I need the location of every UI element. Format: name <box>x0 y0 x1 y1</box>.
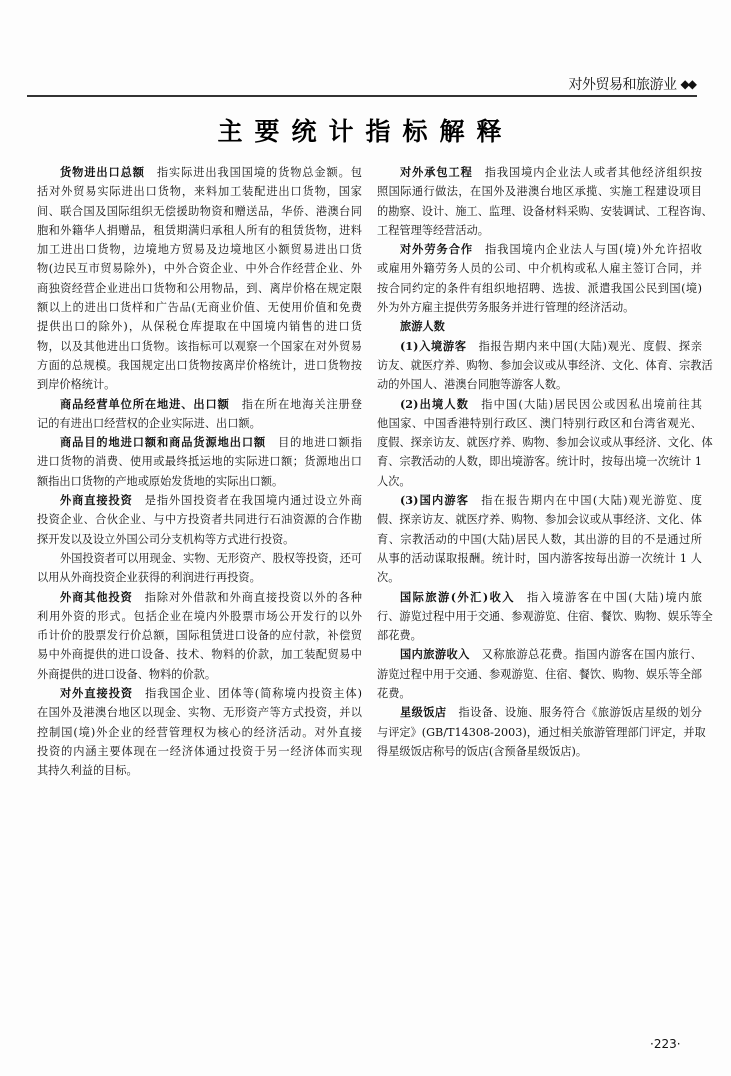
definition-text: 度假、探亲访友、就医疗养、购物、参加会议或从事经济、文化、体 <box>377 436 713 449</box>
definition-text: 投资企业、合伙企业、与中方投资者共同进行石油资源的合作勘 <box>37 513 362 526</box>
definition-entry: 对外劳务合作指我国境内企业法人与国(境)外允许招收或雇用外籍劳务人员的公司、中介… <box>377 240 702 317</box>
text-line: 记的有进出口经营权的企业实际进、出口额。 <box>37 414 362 433</box>
definition-text: 次。 <box>377 571 399 584</box>
definition-text: 物，以及其他进出口货物。该指标可以观察一个国家在对外贸易 <box>37 340 362 353</box>
definition-term: 外商其他投资 <box>60 590 133 604</box>
definition-text: 指实际进出我国国境的货物总金额。包 <box>157 166 362 179</box>
definition-term: 星级饭店 <box>400 705 446 719</box>
text-line: 育、宗教活动的人数，即出境游客。统计时，按每出境一次统计 1 <box>377 452 702 471</box>
text-line: 次。 <box>377 568 702 587</box>
text-line: 或雇用外籍劳务人员的公司、中介机构或私人雇主签订合同，并 <box>377 259 702 278</box>
text-line: 利用外资的形式。包括企业在境内外股票市场公开发行的以外 <box>37 607 362 626</box>
definition-entry: 旅游人数 <box>377 317 702 336</box>
text-line: 部花费。 <box>377 626 702 645</box>
definition-entry: 货物进出口总额指实际进出我国国境的货物总金额。包括对外贸易实际进出口货物，来料加… <box>37 163 362 395</box>
definition-text: 目的地进口额指 <box>278 436 362 449</box>
definition-text: 花费。 <box>377 687 411 700</box>
text-line: 与评定》(GB/T14308-2003)，通过相关旅游管理部门评定，并取 <box>377 723 702 742</box>
text-line: 国内旅游收入又称旅游总花费。指国内游客在国内旅行、 <box>377 645 702 664</box>
document-page: 对外贸易和旅游业 ◆◆ 主要统计指标解释 货物进出口总额指实际进出我国国境的货物… <box>0 0 731 1076</box>
definition-term: 货物进出口总额 <box>60 165 145 179</box>
definition-text: 指在所在地海关注册登 <box>242 398 362 411</box>
definition-text: 指入境游客在中国(大陆)境内旅 <box>527 591 702 604</box>
definition-text: 其持久利益的目标。 <box>37 764 138 777</box>
text-line: 花费。 <box>377 684 702 703</box>
text-line: 工程管理等经营活动。 <box>377 221 702 240</box>
definition-term: 外商直接投资 <box>60 493 133 507</box>
text-line: 他国家、中国香港特别行政区、澳门特别行政区和台湾省观光、 <box>377 414 702 433</box>
text-line: 育、宗教活动的中国(大陆)居民人数，其出游的目的不是通过所 <box>377 530 702 549</box>
definition-text: 访友、就医疗养、购物、参加会议或从事经济、文化、体育、宗教活 <box>377 359 713 372</box>
text-line: 外商提供的进口设备、物料的价款。 <box>37 665 362 684</box>
definition-term: (3)国内游客 <box>400 493 469 507</box>
text-line: 行、游览过程中用于交通、参观游览、住宿、餐饮、购物、娱乐等全 <box>377 607 702 626</box>
text-line: 易中外商提供的进口设备、技术、物料的价款，加工装配贸易中 <box>37 645 362 664</box>
definition-text: 是指外国投资者在我国境内通过设立外商 <box>145 494 362 507</box>
definition-entry: 对外直接投资指我国企业、团体等(简称境内投资主体)在国外及港澳台地区以现金、实物… <box>37 684 362 780</box>
definition-term: 国内旅游收入 <box>400 647 470 661</box>
definition-text: 工程管理等经营活动。 <box>377 224 489 237</box>
text-line: 在国外及港澳台地区以现金、实物、无形资产等方式投资，并以 <box>37 703 362 722</box>
definition-text: 易中外商提供的进口设备、技术、物料的价款，加工装配贸易中 <box>37 648 362 661</box>
definition-text: 他国家、中国香港特别行政区、澳门特别行政区和台湾省观光、 <box>377 417 702 430</box>
definition-text: 指中国(大陆)居民因公或因私出境前往其 <box>481 398 702 411</box>
page-title: 主要统计指标解释 <box>0 112 731 148</box>
running-header: 对外贸易和旅游业 ◆◆ <box>569 74 695 94</box>
definition-text: 控制国(境)外企业的经营管理权为核心的经济活动。对外直接 <box>37 726 362 739</box>
definition-term: 对外劳务合作 <box>400 242 473 256</box>
definition-text: 或雇用外籍劳务人员的公司、中介机构或私人雇主签订合同，并 <box>377 262 702 275</box>
definition-entry: 国内旅游收入又称旅游总花费。指国内游客在国内旅行、游览过程中用于交通、参观游览、… <box>377 645 702 703</box>
text-line: 的勘察、设计、施工、监理、设备材料采购、安装调试、工程咨询、 <box>377 202 702 221</box>
definition-text: 指设备、设施、服务符合《旅游饭店星级的划分 <box>458 706 702 719</box>
definition-text: 得星级饭店称号的饭店(含预备星级饭店)。 <box>377 745 587 758</box>
text-line: 商品经营单位所在地进、出口额指在所在地海关注册登 <box>37 395 362 414</box>
definition-entry: 外国投资者可以用现金、实物、无形资产、股权等投资，还可以用从外商投资企业获得的利… <box>37 549 362 588</box>
definition-text: 间、联合国及国际组织无偿援助物资和赠送品，华侨、港澳台同 <box>37 205 362 218</box>
definition-text: 指在报告期内在中国(大陆)观光游览、度 <box>481 494 702 507</box>
text-line: 额指出口货物的产地或原始发货地的实际出口额。 <box>37 472 362 491</box>
text-line: 商独资经营企业进出口货物和公用物品，到、离岸价格在规定限 <box>37 279 362 298</box>
text-line: 度假、探亲访友、就医疗养、购物、参加会议或从事经济、文化、体 <box>377 433 702 452</box>
definition-term: 商品经营单位所在地进、出口额 <box>60 397 230 411</box>
text-line: 外商其他投资指除对外借款和外商直接投资以外的各种 <box>37 588 362 607</box>
definition-text: 记的有进出口经营权的企业实际进、出口额。 <box>37 417 261 430</box>
definition-text: 以用从外商投资企业获得的利润进行再投资。 <box>37 571 261 584</box>
definition-text: 按合同约定的条件有组织地招聘、选拔、派遣我国公民到国(境) <box>377 282 702 295</box>
definition-text: 育、宗教活动的中国(大陆)居民人数，其出游的目的不是通过所 <box>377 533 702 546</box>
text-line: 括对外贸易实际进出口货物，来料加工装配进出口货物，国家 <box>37 182 362 201</box>
definition-text: 额以上的进出口货样和广告品(无商业价值、无使用价值和免费 <box>37 301 362 314</box>
definition-entry: (1)入境游客指报告期内来中国(大陆)观光、度假、探亲访友、就医疗养、购物、参加… <box>377 337 702 395</box>
text-line: 其持久利益的目标。 <box>37 761 362 780</box>
text-line: (1)入境游客指报告期内来中国(大陆)观光、度假、探亲 <box>377 337 702 356</box>
text-line: 从事的活动谋取报酬。统计时，国内游客按每出游一次统计 1 人 <box>377 549 702 568</box>
text-line: 加工进出口货物，边境地方贸易及边境地区小额贸易进出口货 <box>37 240 362 259</box>
definition-term: 旅游人数 <box>400 319 445 333</box>
definition-text: 加工进出口货物，边境地方贸易及边境地区小额贸易进出口货 <box>37 243 362 256</box>
text-line: 游览过程中用于交通、参观游览、住宿、餐饮、购物、娱乐等全部 <box>377 665 702 684</box>
definition-text: 人次。 <box>377 475 411 488</box>
definition-term: (2)出境人数 <box>400 397 469 411</box>
definition-entry: 外商其他投资指除对外借款和外商直接投资以外的各种利用外资的形式。包括企业在境内外… <box>37 588 362 684</box>
definition-text: 指除对外借款和外商直接投资以外的各种 <box>145 591 362 604</box>
definition-term: 对外直接投资 <box>60 686 133 700</box>
text-line: 旅游人数 <box>377 317 702 336</box>
definition-text: 物(边民互市贸易除外)，中外合资企业、中外合作经营企业、外 <box>37 262 362 275</box>
definition-entry: 外商直接投资是指外国投资者在我国境内通过设立外商投资企业、合伙企业、与中方投资者… <box>37 491 362 549</box>
definition-text: 与评定》(GB/T14308-2003)，通过相关旅游管理部门评定，并取 <box>377 726 706 739</box>
text-line: 外商直接投资是指外国投资者在我国境内通过设立外商 <box>37 491 362 510</box>
text-line: 照国际通行做法，在国外及港澳台地区承揽、实施工程建设项目 <box>377 182 702 201</box>
definition-term: 国际旅游(外汇)收入 <box>400 590 515 604</box>
text-line: 物(边民互市贸易除外)，中外合资企业、中外合作经营企业、外 <box>37 259 362 278</box>
definition-text: 假、探亲访友、就医疗养、购物、参加会议或从事经济、文化、体 <box>377 513 702 526</box>
definition-text: 外商提供的进口设备、物料的价款。 <box>37 668 216 681</box>
left-column: 货物进出口总额指实际进出我国国境的货物总金额。包括对外贸易实际进出口货物，来料加… <box>37 163 362 781</box>
definition-text: 方面的总规模。我国规定出口货物按离岸价格统计，进口货物按 <box>37 359 362 372</box>
section-title: 对外贸易和旅游业 <box>569 74 677 94</box>
definition-text: 的勘察、设计、施工、监理、设备材料采购、安装调试、工程咨询、 <box>377 205 713 218</box>
definition-entry: (3)国内游客指在报告期内在中国(大陆)观光游览、度假、探亲访友、就医疗养、购物… <box>377 491 702 587</box>
definition-text: 商独资经营企业进出口货物和公用物品，到、离岸价格在规定限 <box>37 282 362 295</box>
text-line: 探开发以及设立外国公司分支机构等方式进行投资。 <box>37 530 362 549</box>
definition-text: 括对外贸易实际进出口货物，来料加工装配进出口货物，国家 <box>37 185 362 198</box>
definition-text: 提供出口的除外)，从保税仓库提取在中国境内销售的进口货 <box>37 320 362 333</box>
definition-text: 指报告期内来中国(大陆)观光、度假、探亲 <box>479 340 702 353</box>
text-line: 得星级饭店称号的饭店(含预备星级饭店)。 <box>377 742 702 761</box>
text-line: 物，以及其他进出口货物。该指标可以观察一个国家在对外贸易 <box>37 337 362 356</box>
definition-entry: 商品目的地进口额和商品货源地出口额目的地进口额指进口货物的消费、使用或最终抵运地… <box>37 433 362 491</box>
text-line: 对外直接投资指我国企业、团体等(简称境内投资主体) <box>37 684 362 703</box>
text-line: 投资的内涵主要体现在一经济体通过投资于另一经济体而实现 <box>37 742 362 761</box>
definition-text: 额指出口货物的产地或原始发货地的实际出口额。 <box>37 475 283 488</box>
definition-text: 又称旅游总花费。指国内游客在国内旅行、 <box>482 648 702 661</box>
definition-text: 外为外方雇主提供劳务服务并进行管理的经济活动。 <box>377 301 634 314</box>
text-line: 对外承包工程指我国境内企业法人或者其他经济组织按 <box>377 163 702 182</box>
text-line: 以用从外商投资企业获得的利润进行再投资。 <box>37 568 362 587</box>
definition-text: 利用外资的形式。包括企业在境内外股票市场公开发行的以外 <box>37 610 362 623</box>
text-line: (2)出境人数指中国(大陆)居民因公或因私出境前往其 <box>377 395 702 414</box>
definition-entry: 对外承包工程指我国境内企业法人或者其他经济组织按照国际通行做法，在国外及港澳台地… <box>377 163 702 240</box>
text-line: 星级饭店指设备、设施、服务符合《旅游饭店星级的划分 <box>377 703 702 722</box>
text-line: 假、探亲访友、就医疗养、购物、参加会议或从事经济、文化、体 <box>377 510 702 529</box>
definition-text: 行、游览过程中用于交通、参观游览、住宿、餐饮、购物、娱乐等全 <box>377 610 713 623</box>
definition-text: 指我国企业、团体等(简称境内投资主体) <box>145 687 362 700</box>
text-line: 国际旅游(外汇)收入指入境游客在中国(大陆)境内旅 <box>377 588 702 607</box>
text-line: 人次。 <box>377 472 702 491</box>
definition-term: (1)入境游客 <box>400 339 467 353</box>
diamond-marker-icon: ◆◆ <box>681 77 695 91</box>
definition-text: 到岸价格统计。 <box>37 378 115 391</box>
text-line: 外国投资者可以用现金、实物、无形资产、股权等投资，还可 <box>37 549 362 568</box>
text-line: 到岸价格统计。 <box>37 375 362 394</box>
definition-text: 部花费。 <box>377 629 422 642</box>
definition-entry: (2)出境人数指中国(大陆)居民因公或因私出境前往其他国家、中国香港特别行政区、… <box>377 395 702 491</box>
text-line: 胞和外籍华人捐赠品，租赁期满归承租人所有的租赁货物，进料 <box>37 221 362 240</box>
definition-text: 指我国境内企业法人或者其他经济组织按 <box>485 166 702 179</box>
definition-text: 在国外及港澳台地区以现金、实物、无形资产等方式投资，并以 <box>37 706 362 719</box>
definition-text: 币计价的股票发行价总额，国际租赁进口设备的应付款，补偿贸 <box>37 629 362 642</box>
definition-text: 育、宗教活动的人数，即出境游客。统计时，按每出境一次统计 1 <box>377 455 702 468</box>
definition-text: 指我国境内企业法人与国(境)外允许招收 <box>485 243 702 256</box>
text-line: 间、联合国及国际组织无偿援助物资和赠送品，华侨、港澳台同 <box>37 202 362 221</box>
text-line: 商品目的地进口额和商品货源地出口额目的地进口额指 <box>37 433 362 452</box>
text-line: 按合同约定的条件有组织地招聘、选拔、派遣我国公民到国(境) <box>377 279 702 298</box>
page-number: ·223· <box>650 1037 681 1051</box>
text-line: 货物进出口总额指实际进出我国国境的货物总金额。包 <box>37 163 362 182</box>
definition-term: 对外承包工程 <box>400 165 473 179</box>
text-line: 投资企业、合伙企业、与中方投资者共同进行石油资源的合作勘 <box>37 510 362 529</box>
definition-term: 商品目的地进口额和商品货源地出口额 <box>60 435 266 449</box>
definition-entry: 商品经营单位所在地进、出口额指在所在地海关注册登记的有进出口经营权的企业实际进、… <box>37 395 362 434</box>
definition-text: 探开发以及设立外国公司分支机构等方式进行投资。 <box>37 533 294 546</box>
text-line: 对外劳务合作指我国境内企业法人与国(境)外允许招收 <box>377 240 702 259</box>
definition-text: 照国际通行做法，在国外及港澳台地区承揽、实施工程建设项目 <box>377 185 702 198</box>
text-line: 额以上的进出口货样和广告品(无商业价值、无使用价值和免费 <box>37 298 362 317</box>
right-column: 对外承包工程指我国境内企业法人或者其他经济组织按照国际通行做法，在国外及港澳台地… <box>377 163 702 761</box>
text-line: 动的外国人、港澳台同胞等游客人数。 <box>377 375 702 394</box>
definition-text: 从事的活动谋取报酬。统计时，国内游客按每出游一次统计 1 人 <box>377 552 702 565</box>
definition-text: 进口货物的消费、使用或最终抵运地的实际进口额；货源地出口 <box>37 455 362 468</box>
definition-text: 外国投资者可以用现金、实物、无形资产、股权等投资，还可 <box>60 552 362 565</box>
definition-text: 投资的内涵主要体现在一经济体通过投资于另一经济体而实现 <box>37 745 362 758</box>
definition-entry: 国际旅游(外汇)收入指入境游客在中国(大陆)境内旅行、游览过程中用于交通、参观游… <box>377 588 702 646</box>
header-rule <box>27 95 697 97</box>
text-line: 控制国(境)外企业的经营管理权为核心的经济活动。对外直接 <box>37 723 362 742</box>
text-line: (3)国内游客指在报告期内在中国(大陆)观光游览、度 <box>377 491 702 510</box>
text-line: 币计价的股票发行价总额，国际租赁进口设备的应付款，补偿贸 <box>37 626 362 645</box>
text-line: 提供出口的除外)，从保税仓库提取在中国境内销售的进口货 <box>37 317 362 336</box>
text-line: 方面的总规模。我国规定出口货物按离岸价格统计，进口货物按 <box>37 356 362 375</box>
definition-text: 游览过程中用于交通、参观游览、住宿、餐饮、购物、娱乐等全部 <box>377 668 702 681</box>
definition-entry: 星级饭店指设备、设施、服务符合《旅游饭店星级的划分与评定》(GB/T14308-… <box>377 703 702 761</box>
definition-text: 胞和外籍华人捐赠品，租赁期满归承租人所有的租赁货物，进料 <box>37 224 362 237</box>
text-line: 外为外方雇主提供劳务服务并进行管理的经济活动。 <box>377 298 702 317</box>
text-line: 进口货物的消费、使用或最终抵运地的实际进口额；货源地出口 <box>37 452 362 471</box>
text-line: 访友、就医疗养、购物、参加会议或从事经济、文化、体育、宗教活 <box>377 356 702 375</box>
definition-text: 动的外国人、港澳台同胞等游客人数。 <box>377 378 567 391</box>
